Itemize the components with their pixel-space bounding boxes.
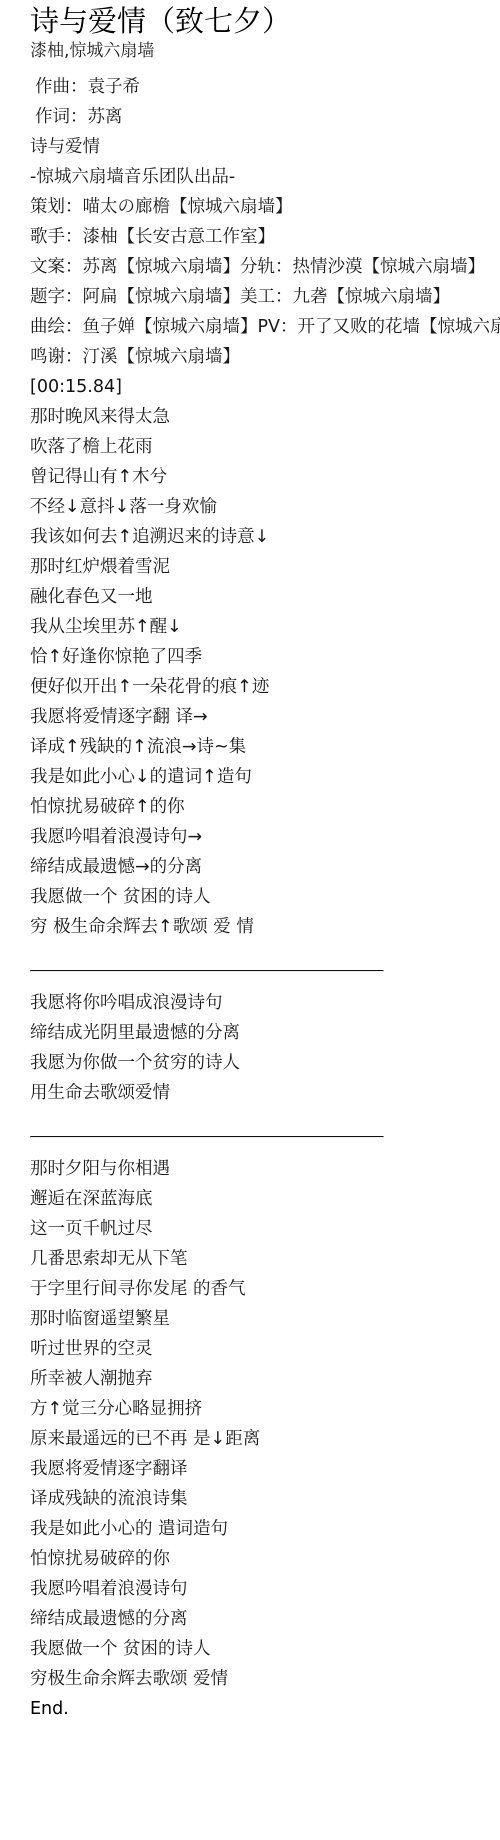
lyric-line: 那时夕阳与你相遇: [30, 1154, 500, 1184]
song-artist: 漆柚,惊城六扇墙: [30, 40, 500, 62]
lyric-line: 便好似开出↑一朵花骨的痕↑迹: [30, 672, 500, 702]
credits-block: 作曲：袁子希 作词：苏离 诗与爱情 -惊城六扇墙音乐团队出品- 策划：喵太の廊檐…: [30, 72, 500, 372]
credit-line: -惊城六扇墙音乐团队出品-: [30, 162, 500, 192]
credit-line: 题字：阿扁【惊城六扇墙】美工：九砻【惊城六扇墙】: [30, 282, 500, 312]
lyric-line: 这一页千帆过尽: [30, 1214, 500, 1244]
lyric-line: 用生命去歌颂爱情: [30, 1078, 500, 1108]
credit-line: 诗与爱情: [30, 132, 500, 162]
credit-line: 文案：苏离【惊城六扇墙】分轨：热情沙漠【惊城六扇墙】: [30, 252, 500, 282]
lyric-line: 吹落了檐上花雨: [30, 432, 500, 462]
lyrics-page: 诗与爱情（致七夕） 漆柚,惊城六扇墙 作曲：袁子希 作词：苏离 诗与爱情 -惊城…: [30, 0, 500, 1724]
lyric-line: 怕惊扰易破碎↑的你: [30, 792, 500, 822]
credit-line: 歌手：漆柚【长安古意工作室】: [30, 222, 500, 252]
credit-line: 鸣谢：汀溪【惊城六扇墙】: [30, 342, 500, 372]
lyric-timestamp: [00:15.84]: [30, 372, 500, 402]
lyric-line: 我愿做一个 贫困的诗人: [30, 882, 500, 912]
lyric-line: 融化春色又一地: [30, 582, 500, 612]
chorus: 我愿将你吟唱成浪漫诗句 缔结成光阴里最遗憾的分离 我愿为你做一个贫穷的诗人 用生…: [30, 988, 500, 1108]
lyric-line: 邂逅在深蓝海底: [30, 1184, 500, 1214]
lyric-line: 缔结成光阴里最遗憾的分离: [30, 1018, 500, 1048]
lyric-line: 我是如此小心↓的遣词↑造句: [30, 762, 500, 792]
lyric-line: 我愿将爱情逐字翻译: [30, 1454, 500, 1484]
lyric-line: 我愿吟唱着浪漫诗句: [30, 1574, 500, 1604]
lyric-line: 几番思索却无从下笔: [30, 1244, 500, 1274]
lyric-line: 译成残缺的流浪诗集: [30, 1484, 500, 1514]
lyric-line: 我从尘埃里苏↑醒↓: [30, 612, 500, 642]
section-divider: [30, 1136, 384, 1138]
end-marker: End.: [30, 1694, 500, 1724]
lyric-line: 穷 极生命余辉去↑歌颂 爱 情: [30, 912, 500, 942]
song-title: 诗与爱情（致七夕）: [30, 0, 500, 40]
lyric-line: 于字里行间寻你发尾 的香气: [30, 1274, 500, 1304]
lyric-line: 曾记得山有↑木兮: [30, 462, 500, 492]
lyric-line: 我是如此小心的 遣词造句: [30, 1514, 500, 1544]
credit-line: 作曲：袁子希: [30, 72, 500, 102]
credit-line: 作词：苏离: [30, 102, 500, 132]
lyric-line: 听过世界的空灵: [30, 1334, 500, 1364]
lyric-line: 我愿将爱情逐字翻 译→: [30, 702, 500, 732]
lyric-line: 那时临窗遥望繁星: [30, 1304, 500, 1334]
lyric-line: 我愿将你吟唱成浪漫诗句: [30, 988, 500, 1018]
verse-1: 那时晚风来得太急 吹落了檐上花雨 曾记得山有↑木兮 不经↓意抖↓落一身欢愉 我该…: [30, 402, 500, 942]
credit-line: 策划：喵太の廊檐【惊城六扇墙】: [30, 192, 500, 222]
credit-line: 曲绘：鱼子婵【惊城六扇墙】PV：开了又败的花墙【惊城六扇墙】: [30, 312, 500, 342]
lyric-line: 我愿为你做一个贫穷的诗人: [30, 1048, 500, 1078]
lyric-line: 我该如何去↑追溯迟来的诗意↓: [30, 522, 500, 552]
lyric-line: 方↑觉三分心略显拥挤: [30, 1394, 500, 1424]
lyric-line: 不经↓意抖↓落一身欢愉: [30, 492, 500, 522]
lyric-line: 原来最遥远的已不再 是↓距离: [30, 1424, 500, 1454]
lyric-line: 我愿吟唱着浪漫诗句→: [30, 822, 500, 852]
lyric-line: 译成↑残缺的↑流浪→诗~集: [30, 732, 500, 762]
lyric-line: 我愿做一个 贫困的诗人: [30, 1634, 500, 1664]
section-divider: [30, 970, 384, 972]
lyric-line: 缔结成最遗憾的分离: [30, 1604, 500, 1634]
lyric-line: 那时红炉煨着雪泥: [30, 552, 500, 582]
lyric-line: 缔结成最遗憾→的分离: [30, 852, 500, 882]
lyric-line: 穷极生命余辉去歌颂 爱情: [30, 1664, 500, 1694]
verse-2: 那时夕阳与你相遇 邂逅在深蓝海底 这一页千帆过尽 几番思索却无从下笔 于字里行间…: [30, 1154, 500, 1694]
lyric-line: 那时晚风来得太急: [30, 402, 500, 432]
lyric-line: 怕惊扰易破碎的你: [30, 1544, 500, 1574]
lyric-line: 所幸被人潮抛弃: [30, 1364, 500, 1394]
lyric-line: 恰↑好逢你惊艳了四季: [30, 642, 500, 672]
